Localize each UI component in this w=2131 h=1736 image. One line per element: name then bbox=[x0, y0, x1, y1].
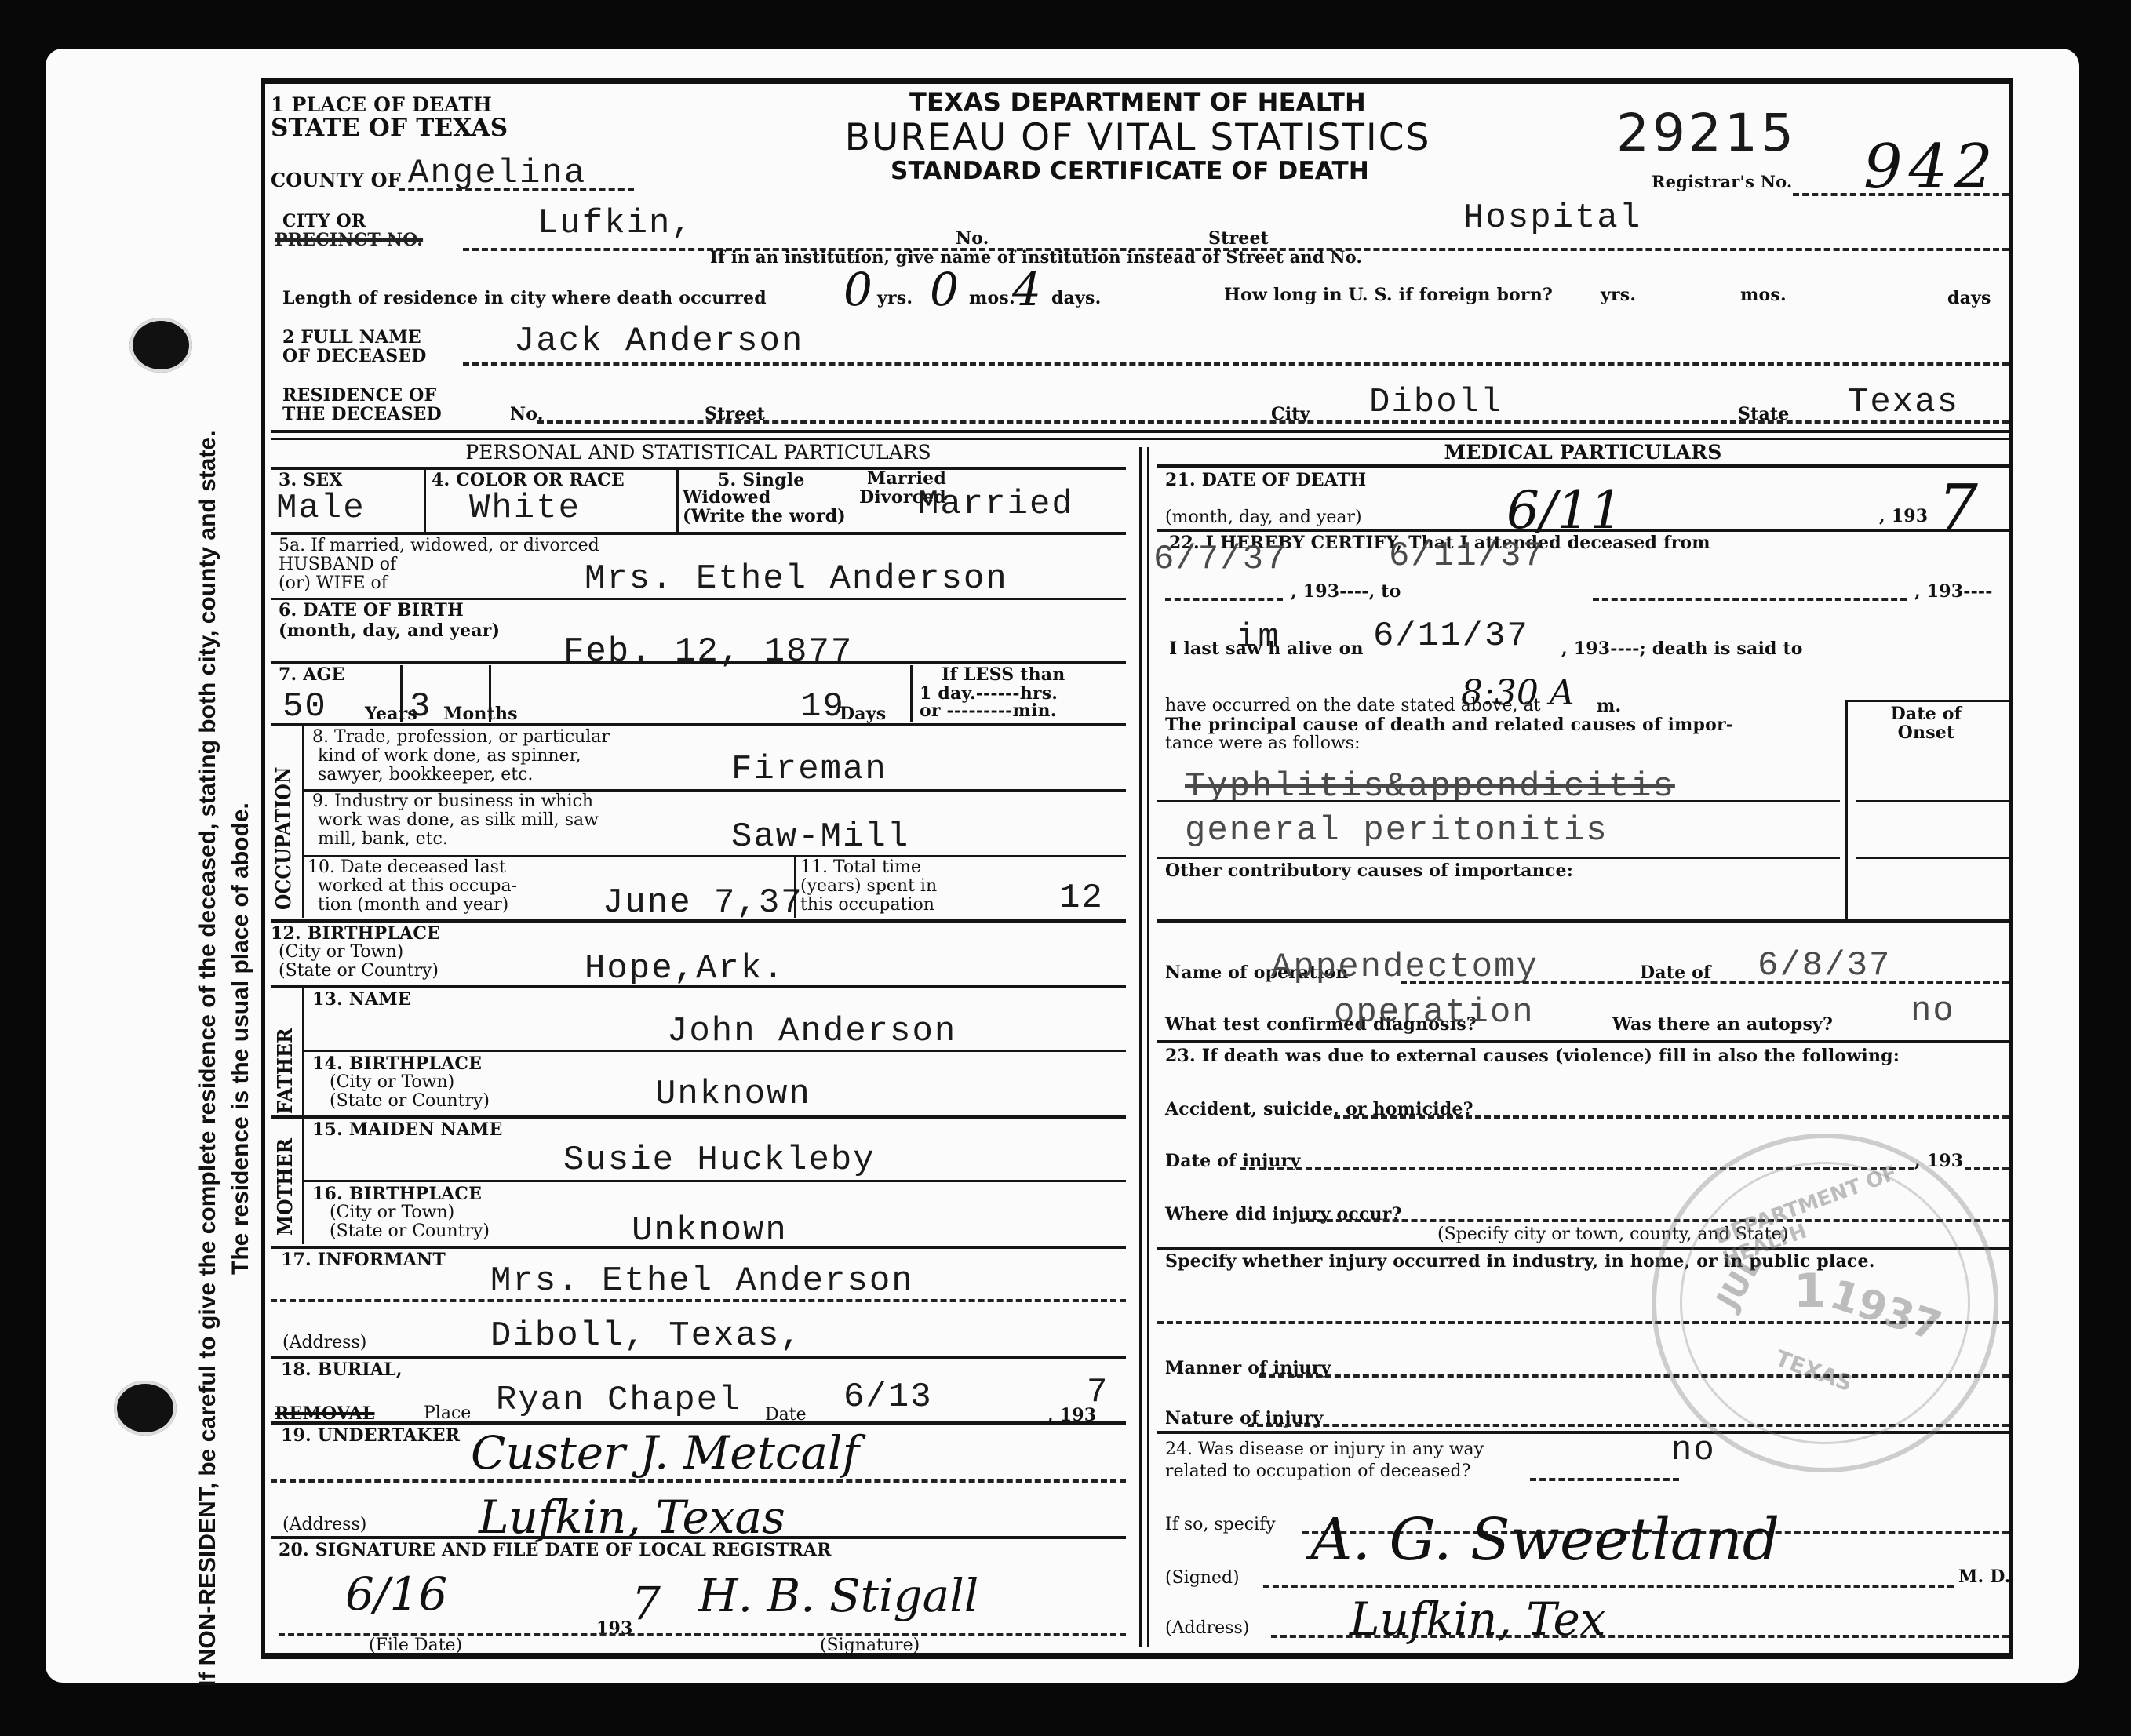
res-city-value: Diboll bbox=[1369, 384, 1503, 420]
operation-line bbox=[1401, 981, 2009, 984]
informant-line bbox=[271, 1299, 1126, 1302]
physician-address-label: (Address) bbox=[1165, 1619, 1249, 1638]
state-of-texas-label: STATE OF TEXAS bbox=[271, 115, 508, 141]
removal-label: REMOVAL bbox=[275, 1404, 374, 1423]
physician-address-line bbox=[1271, 1635, 2009, 1638]
rule-after-father-name bbox=[302, 1050, 1126, 1052]
last-saw-pronoun: im bbox=[1236, 620, 1280, 656]
age-years-value: 50 bbox=[282, 689, 327, 725]
file-date-value: 6/16 bbox=[345, 1567, 447, 1621]
industry-label-3: mill, bank, etc. bbox=[318, 830, 448, 849]
father-name-label: 13. NAME bbox=[312, 990, 411, 1009]
mother-bp-label-1: 16. BIRTHPLACE bbox=[312, 1185, 482, 1203]
birthplace-label-1: 12. BIRTHPLACE bbox=[271, 924, 440, 943]
rule-after-burial bbox=[271, 1421, 1126, 1425]
center-divider-left bbox=[1139, 447, 1142, 1647]
total-time-label-3: this occupation bbox=[800, 896, 934, 915]
rule-after-birthplace bbox=[271, 985, 1126, 988]
sex-value: Male bbox=[276, 490, 366, 526]
trade-value: Fireman bbox=[731, 752, 887, 788]
less-than-label-1: If LESS than bbox=[942, 665, 1065, 684]
informant-address-label: (Address) bbox=[282, 1334, 366, 1352]
burial-year-digit: 7 bbox=[1087, 1374, 1109, 1410]
age-divider-2 bbox=[489, 665, 491, 722]
marital-label-write: (Write the word) bbox=[683, 507, 846, 526]
industry-label-2: work was done, as silk mill, saw bbox=[318, 811, 599, 830]
burial-label: 18. BURIAL, bbox=[281, 1360, 403, 1379]
onset-divider bbox=[1845, 700, 1848, 919]
race-label: 4. COLOR OR RACE bbox=[432, 471, 625, 490]
registrar-signature-label: 20. SIGNATURE AND FILE DATE OF LOCAL REG… bbox=[279, 1541, 832, 1559]
dod-label-1: 21. DATE OF DEATH bbox=[1165, 471, 1366, 490]
age-divider-3 bbox=[910, 665, 913, 722]
rule-after-mother bbox=[271, 1246, 1126, 1249]
race-marital-divider bbox=[676, 469, 679, 532]
no-label: No. bbox=[956, 229, 989, 248]
section-divider-top bbox=[271, 430, 2009, 433]
rule-after-sex bbox=[271, 532, 1126, 535]
rule-after-mother-name bbox=[302, 1180, 1126, 1182]
occupation-side-divider bbox=[302, 726, 304, 918]
attended-to-line bbox=[1593, 598, 1907, 601]
birthplace-label-2: (City or Town) bbox=[279, 943, 403, 962]
signed-line bbox=[1263, 1585, 1954, 1588]
autopsy-value: no bbox=[1911, 993, 1955, 1029]
dod-label-2: (month, day, and year) bbox=[1165, 508, 1362, 527]
total-time-label-1: 11. Total time bbox=[800, 858, 921, 877]
age-months-value: 3 bbox=[410, 689, 432, 725]
city-label-1: CITY OR bbox=[282, 212, 366, 231]
age-divider-1 bbox=[400, 665, 403, 722]
foreign-yrs-label: yrs. bbox=[1601, 286, 1636, 304]
undertaker-label: 19. UNDERTAKER bbox=[281, 1426, 460, 1445]
age-days-value: 19 bbox=[800, 689, 845, 725]
full-name-label-2: OF DECEASED bbox=[282, 347, 427, 366]
father-bp-label-3: (State or Country) bbox=[330, 1092, 490, 1111]
signed-label: (Signed) bbox=[1165, 1569, 1240, 1588]
registrar-signature: H. B. Stigall bbox=[698, 1569, 978, 1622]
cause-label-1: The principal cause of death and related… bbox=[1165, 715, 1733, 734]
received-stamp: DEPARTMENT OF HEALTH JUL 1 1937 TEXAS bbox=[1652, 1134, 1998, 1472]
external-causes-label: 23. If death was due to external causes … bbox=[1165, 1046, 1900, 1065]
mos-label: mos. bbox=[969, 289, 1015, 308]
diagnosis-value: operation bbox=[1334, 995, 1535, 1031]
stamp-day: 1 bbox=[1794, 1264, 1827, 1319]
total-time-value: 12 bbox=[1059, 880, 1104, 916]
autopsy-label: Was there an autopsy? bbox=[1612, 1015, 1833, 1034]
mother-birthplace-value: Unknown bbox=[632, 1213, 788, 1249]
full-name-label-1: 2 FULL NAME bbox=[282, 328, 421, 347]
certificate-title: STANDARD CERTIFICATE OF DEATH bbox=[816, 162, 1444, 180]
informant-label: 17. INFORMANT bbox=[281, 1250, 446, 1269]
father-birthplace-value: Unknown bbox=[655, 1076, 811, 1112]
residence-label-1: RESIDENCE OF bbox=[282, 386, 436, 405]
foreign-days-label: days bbox=[1947, 289, 1991, 308]
trade-label-1: 8. Trade, profession, or particular bbox=[312, 728, 610, 747]
onset-top-rule bbox=[1845, 700, 2009, 702]
section-divider-bottom bbox=[271, 438, 2009, 440]
last-saw-date-value: 6/11/37 bbox=[1373, 618, 1529, 654]
race-value: White bbox=[469, 490, 581, 526]
onset-label: Date of Onset bbox=[1867, 704, 1985, 742]
foreign-born-label: How long in U. S. if foreign born? bbox=[1224, 286, 1553, 304]
cause-2-rule bbox=[1157, 857, 1840, 859]
informant-value: Mrs. Ethel Anderson bbox=[490, 1263, 914, 1299]
informant-address-value: Diboll, Texas, bbox=[490, 1318, 803, 1354]
signature-caption: (Signature) bbox=[820, 1636, 920, 1655]
less-than-label-3: or ---------min. bbox=[920, 701, 1057, 720]
county-value: Angelina bbox=[408, 155, 586, 191]
dob-value: Feb. 12, 1877 bbox=[563, 634, 853, 670]
to-year-label: , 193---- bbox=[1914, 582, 1993, 601]
cause-label-2: tance were as follows: bbox=[1165, 734, 1360, 753]
burial-place-label: Place bbox=[424, 1404, 471, 1423]
county-label: COUNTY OF bbox=[271, 171, 401, 190]
mother-name-label: 15. MAIDEN NAME bbox=[312, 1120, 503, 1139]
death-said-label: , 193----; death is said to bbox=[1561, 639, 1803, 658]
dob-label-1: 6. DATE OF BIRTH bbox=[279, 601, 464, 620]
if-so-label: If so, specify bbox=[1165, 1516, 1276, 1534]
attended-from-value: 6/7/37 bbox=[1153, 541, 1287, 577]
full-name-value: Jack Anderson bbox=[514, 323, 803, 359]
from-year-label: , 193----, to bbox=[1291, 582, 1401, 601]
rule-after-undertaker bbox=[271, 1536, 1126, 1539]
occupation-related-value: no bbox=[1671, 1432, 1716, 1469]
operation-date-value: 6/8/37 bbox=[1758, 948, 1891, 984]
md-label: M. D. bbox=[1958, 1567, 2011, 1586]
birthplace-label-3: (State or Country) bbox=[279, 962, 439, 981]
age-label: 7. AGE bbox=[279, 665, 344, 684]
bureau-title: BUREAU OF VITAL STATISTICS bbox=[785, 118, 1491, 158]
father-bp-label-1: 14. BIRTHPLACE bbox=[312, 1054, 482, 1073]
cause-1-rule bbox=[1157, 800, 1840, 802]
residence-length-label: Length of residence in city where death … bbox=[282, 289, 767, 308]
attended-from-line bbox=[1165, 598, 1283, 601]
contributory-label: Other contributory causes of importance: bbox=[1165, 861, 1573, 880]
city-value: Lufkin, bbox=[537, 206, 694, 242]
days-label: days. bbox=[1051, 289, 1101, 308]
occupation-related-label-2: related to occupation of deceased? bbox=[1165, 1462, 1470, 1481]
sex-label: 3. SEX bbox=[279, 471, 343, 490]
occupation-side-label: OCCUPATION bbox=[275, 766, 293, 910]
personal-title-rule bbox=[271, 467, 1126, 470]
last-worked-label-3: tion (month and year) bbox=[318, 896, 508, 915]
file-year-digit: 7 bbox=[632, 1577, 661, 1630]
undertaker-signature: Custer J. Metcalf bbox=[471, 1426, 859, 1479]
department-title: TEXAS DEPARTMENT OF HEALTH bbox=[816, 93, 1459, 111]
months-label: Months bbox=[443, 704, 518, 723]
burial-place-value: Ryan Chapel bbox=[496, 1382, 741, 1418]
burial-date-value: 6/13 bbox=[843, 1379, 933, 1415]
rule-after-contributory bbox=[1157, 919, 2009, 923]
cause-2-value: general peritonitis bbox=[1185, 813, 1608, 849]
rule-after-dod bbox=[1157, 529, 2009, 532]
attended-to-value: 6/11/37 bbox=[1389, 538, 1545, 574]
residence-label-2: THE DECEASED bbox=[282, 405, 442, 424]
yrs-label: yrs. bbox=[877, 289, 913, 308]
rule-after-diagnosis bbox=[1157, 1040, 2009, 1043]
residence-months: 0 bbox=[930, 263, 959, 316]
dod-year-digit: 7 bbox=[1938, 471, 1978, 544]
registrar-no-line bbox=[1793, 193, 2009, 196]
sex-race-divider bbox=[424, 469, 426, 532]
file-number: 29215 bbox=[1616, 107, 1797, 160]
place-of-death-label: 1 PLACE OF DEATH bbox=[271, 96, 492, 115]
onset-2-rule bbox=[1856, 857, 2009, 859]
spouse-value: Mrs. Ethel Anderson bbox=[585, 561, 1008, 597]
residence-days: 4 bbox=[1012, 263, 1041, 316]
undertaker-address-label: (Address) bbox=[282, 1516, 366, 1534]
rule-after-dob bbox=[271, 661, 1126, 664]
margin-note-line2: The residence is the usual place of abod… bbox=[228, 802, 254, 1275]
medical-section-title: MEDICAL PARTICULARS bbox=[1157, 443, 2009, 462]
rule-after-informant bbox=[271, 1356, 1126, 1359]
file-date-caption: (File Date) bbox=[369, 1636, 462, 1655]
dob-label-2: (month, day, and year) bbox=[279, 621, 500, 640]
county-line bbox=[399, 188, 634, 191]
center-divider-right bbox=[1147, 447, 1149, 1647]
last-worked-divider bbox=[794, 857, 796, 918]
physician-signature: A. G. Sweetland bbox=[1310, 1506, 1779, 1574]
marital-value: Married bbox=[918, 486, 1074, 522]
occupation-related-label-1: 24. Was disease or injury in any way bbox=[1165, 1440, 1484, 1459]
medical-title-rule bbox=[1157, 464, 2009, 468]
punch-hole-bottom bbox=[114, 1381, 177, 1436]
mother-name-value: Susie Huckleby bbox=[563, 1142, 876, 1178]
punch-hole-top bbox=[129, 318, 192, 373]
street-value: Hospital bbox=[1463, 200, 1641, 236]
registrar-no: 942 bbox=[1863, 132, 1999, 202]
residence-years: 0 bbox=[843, 263, 872, 316]
occupation-related-line bbox=[1530, 1478, 1679, 1481]
industry-label-1: 9. Industry or business in which bbox=[312, 792, 593, 811]
trade-label-3: sawyer, bookkeeper, etc. bbox=[318, 766, 533, 784]
rule-after-age bbox=[271, 723, 1126, 726]
onset-1-rule bbox=[1856, 800, 2009, 802]
last-worked-label-2: worked at this occupa- bbox=[318, 877, 517, 896]
marital-label-widowed: Widowed bbox=[683, 488, 770, 507]
birthplace-value: Hope,Ark. bbox=[585, 951, 785, 987]
alive-on-label: alive on bbox=[1287, 639, 1364, 658]
full-name-line bbox=[463, 362, 2009, 366]
industry-value: Saw-Mill bbox=[731, 819, 909, 855]
rule-after-father bbox=[271, 1115, 1126, 1119]
foreign-mos-label: mos. bbox=[1740, 286, 1787, 304]
father-side-label: FATHER bbox=[276, 1028, 295, 1114]
m-label: m. bbox=[1597, 697, 1621, 715]
trade-label-2: kind of work done, as spinner, bbox=[318, 747, 581, 766]
operation-date-label: Date of bbox=[1640, 963, 1711, 982]
mother-bp-label-2: (City or Town) bbox=[330, 1203, 454, 1222]
res-state-value: Texas bbox=[1848, 384, 1959, 420]
mother-side-label: MOTHER bbox=[276, 1138, 295, 1236]
dod-year-prefix: , 193 bbox=[1879, 507, 1928, 526]
father-bp-label-2: (City or Town) bbox=[330, 1073, 454, 1092]
registrar-no-label: Registrar's No. bbox=[1652, 173, 1792, 191]
residence-line bbox=[537, 420, 2009, 424]
mother-bp-label-3: (State or Country) bbox=[330, 1222, 490, 1241]
last-worked-value: June 7,37 bbox=[603, 885, 803, 921]
accident-line bbox=[1334, 1115, 2009, 1119]
city-label-2: PRECINCT NO. bbox=[275, 231, 423, 249]
margin-note-line1: If NON-RESIDENT, be careful to give the … bbox=[195, 86, 221, 1687]
time-of-death-value: 8:30 A bbox=[1461, 673, 1575, 713]
father-name-value: John Anderson bbox=[667, 1014, 956, 1050]
rule-after-occupation bbox=[271, 919, 1126, 923]
street-label: Street bbox=[1208, 229, 1269, 248]
personal-section-title: PERSONAL AND STATISTICAL PARTICULARS bbox=[271, 443, 1126, 462]
total-time-label-2: (years) spent in bbox=[800, 877, 937, 896]
spouse-label-2: HUSBAND of bbox=[279, 555, 396, 574]
undertaker-line bbox=[271, 1479, 1126, 1483]
days-label-age: Days bbox=[840, 704, 886, 723]
spouse-label-3: (or) WIFE of bbox=[279, 574, 388, 593]
last-worked-label-1: 10. Date deceased last bbox=[308, 858, 506, 877]
spouse-label-1: 5a. If married, widowed, or divorced bbox=[279, 537, 599, 555]
